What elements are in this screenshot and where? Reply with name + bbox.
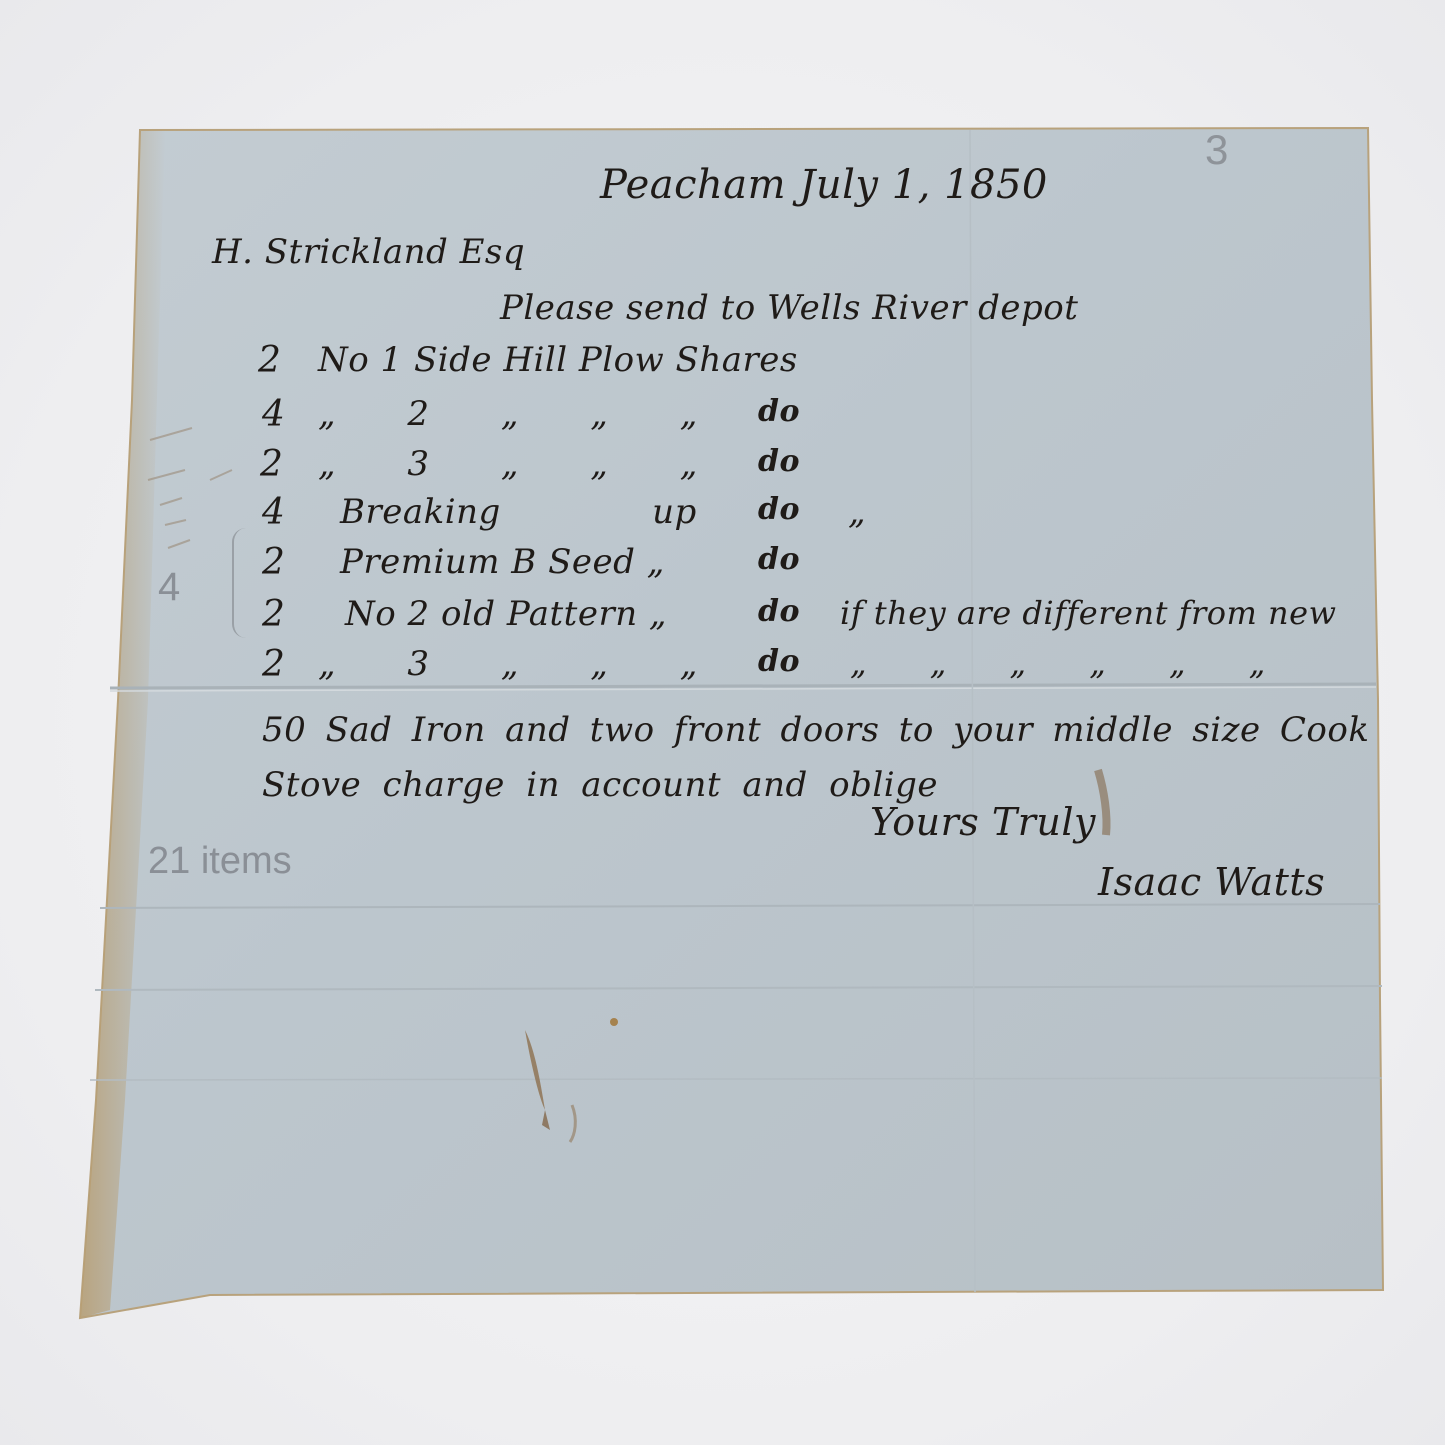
item-description: „ 3 „ „ „ bbox=[318, 444, 698, 484]
body-line: 50 Sad Iron and two front doors to your … bbox=[262, 710, 1369, 750]
item-description: Premium B Seed „ bbox=[340, 542, 665, 582]
pencil-bracket-number: 4 bbox=[158, 565, 180, 610]
signature: Isaac Watts bbox=[1098, 860, 1325, 904]
item-ditto: do bbox=[758, 644, 800, 679]
pencil-bracket bbox=[232, 528, 254, 638]
order-item: 4 Breaking up „ do bbox=[0, 492, 1445, 542]
recipient-salutation: H. Strickland Esq bbox=[212, 232, 525, 272]
item-description: „ 3 „ „ „ bbox=[318, 644, 698, 684]
order-item: 2 Premium B Seed „ do bbox=[0, 542, 1445, 592]
item-description: No 1 Side Hill Plow Shares bbox=[318, 340, 798, 380]
item-quantity: 2 bbox=[260, 444, 283, 485]
item-note: if they are different from new bbox=[840, 594, 1336, 632]
order-item: 4 „ 2 „ „ „ do bbox=[0, 394, 1445, 444]
item-quantity: 2 bbox=[262, 644, 285, 685]
item-ditto: do bbox=[758, 492, 800, 527]
item-description: „ 2 „ „ „ bbox=[318, 394, 698, 434]
item-quantity: 4 bbox=[262, 492, 285, 533]
item-ditto: do bbox=[758, 394, 800, 429]
shipping-instruction: Please send to Wells River depot bbox=[500, 288, 1078, 328]
item-description: No 2 old Pattern „ bbox=[345, 594, 667, 634]
item-ditto: do bbox=[758, 444, 800, 479]
body-line: Stove charge in account and oblige bbox=[262, 765, 938, 805]
item-quantity: 2 bbox=[262, 594, 285, 635]
item-quantity: 2 bbox=[258, 340, 281, 381]
place-date-heading: Peacham July 1, 1850 bbox=[600, 162, 1048, 208]
pencil-margin-total: 21 items bbox=[148, 840, 292, 883]
order-item: 2 „ 3 „ „ „ do „ „ „ „ „ „ bbox=[0, 644, 1445, 694]
item-ditto: do bbox=[758, 594, 800, 629]
order-item: 2 No 1 Side Hill Plow Shares bbox=[0, 340, 1445, 390]
item-quantity: 4 bbox=[262, 394, 285, 435]
item-ditto: do bbox=[758, 542, 800, 577]
order-item: 2 No 2 old Pattern „ do if they are diff… bbox=[0, 594, 1445, 644]
closing: Yours Truly bbox=[870, 800, 1096, 844]
item-note: „ „ „ „ „ „ bbox=[850, 644, 1266, 682]
pencil-page-number: 3 bbox=[1205, 126, 1228, 174]
order-item: 2 „ 3 „ „ „ do bbox=[0, 444, 1445, 494]
item-quantity: 2 bbox=[262, 542, 285, 583]
